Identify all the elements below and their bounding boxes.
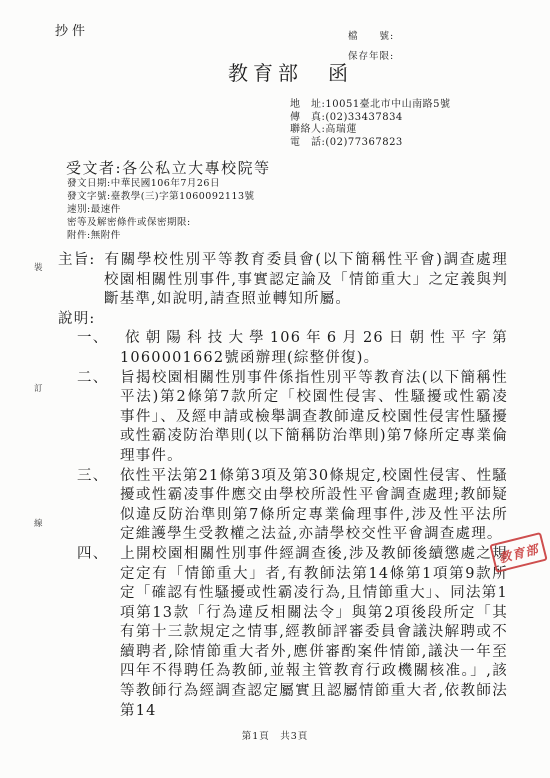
explanation-item-3: 三、依性平法第21條第3項及第30條規定,校園性侵害、性騷擾或性霸凌事件應交由學… — [58, 467, 508, 545]
issue-date-line: 發文日期:中華民國106年7月26日 — [67, 178, 255, 191]
subject-paragraph: 主旨:有關學校性別平等教育委員會(以下簡稱性平會)調查處理校園相關性別事件,事實… — [58, 251, 508, 310]
binding-mark-xian: 線 — [34, 517, 43, 529]
explanation-item-4: 四、上開校園相關性別事件經調查後,涉及教師後續懲處之規定定有「情節重大」者,有教… — [58, 545, 508, 721]
binding-mark-ding: 訂 — [34, 382, 43, 394]
item-text: 依朝陽科技大學106年6月26日朝性平字第1060001662號函辦理(綜整併復… — [120, 330, 508, 366]
recipient-label: 受文者: — [66, 159, 122, 177]
item-number: 三、 — [77, 467, 120, 487]
stamp-text: 教育部 — [497, 539, 541, 566]
item-text: 旨揭校園相關性別事件係指性別平等教育法(以下簡稱性平法)第2條第7款所定「校園性… — [120, 370, 508, 464]
item-number: 一、 — [77, 329, 120, 349]
item-text: 依性平法第21條第3項及第30條規定,校園性侵害、性騷擾或性霸凌事件應交由學校所… — [120, 468, 508, 543]
reference-number-line: 發文字號:臺教學(三)字第1060092113號 — [67, 191, 255, 204]
contact-address: 地 址:10051臺北市中山南路5號 — [290, 99, 451, 112]
document-title: 教育部 函 — [228, 57, 353, 86]
binding-mark-zhuang: 裝 — [34, 261, 43, 273]
contact-block: 地 址:10051臺北市中山南路5號 傳 真:(02)33437834 聯絡人:… — [290, 99, 451, 149]
explanation-item-1: 一、依朝陽科技大學106年6月26日朝性平字第1060001662號函辦理(綜整… — [58, 329, 508, 368]
attachment-line: 附件:無附件 — [67, 230, 255, 243]
classification-line: 密等及解密條件或保密期限: — [67, 217, 255, 230]
contact-person: 聯絡人:高瑞蓮 — [290, 124, 451, 137]
item-number: 二、 — [77, 369, 120, 389]
contact-fax: 傳 真:(02)33437834 — [290, 112, 451, 125]
recipient-line: 受文者:各公私立大專校院等 — [66, 157, 271, 178]
file-number-label: 檔 號: — [348, 27, 394, 47]
recipient-value: 各公私立大專校院等 — [122, 159, 271, 177]
page-footer: 第1頁 共3頁 — [0, 728, 550, 742]
item-text: 上開校園相關性別事件經調查後,涉及教師後續懲處之規定定有「情節重大」者,有教師法… — [120, 546, 508, 719]
metadata-block: 發文日期:中華民國106年7月26日 發文字號:臺教學(三)字第10600921… — [67, 178, 255, 243]
subject-text: 有關學校性別平等教育委員會(以下簡稱性平會)調查處理校園相關性別事件,事實認定論… — [104, 252, 508, 307]
official-letter-page: 抄件 檔 號: 保存年限: 教育部 函 地 址:10051臺北市中山南路5號 傳… — [0, 0, 550, 778]
explanation-label: 說明: — [58, 310, 508, 330]
explanation-item-2: 二、旨揭校園相關性別事件係指性別平等教育法(以下簡稱性平法)第2條第7款所定「校… — [58, 369, 508, 467]
copy-label: 抄件 — [55, 20, 89, 39]
subject-label: 主旨: — [58, 251, 104, 271]
item-number: 四、 — [77, 545, 120, 565]
letter-body: 主旨:有關學校性別平等教育委員會(以下簡稱性平會)調查處理校園相關性別事件,事實… — [58, 251, 508, 721]
contact-phone: 電 話:(02)77367823 — [290, 137, 451, 150]
priority-line: 速別:最速件 — [67, 204, 255, 217]
archive-block: 檔 號: 保存年限: — [348, 27, 394, 66]
retention-period-label: 保存年限: — [348, 47, 394, 67]
